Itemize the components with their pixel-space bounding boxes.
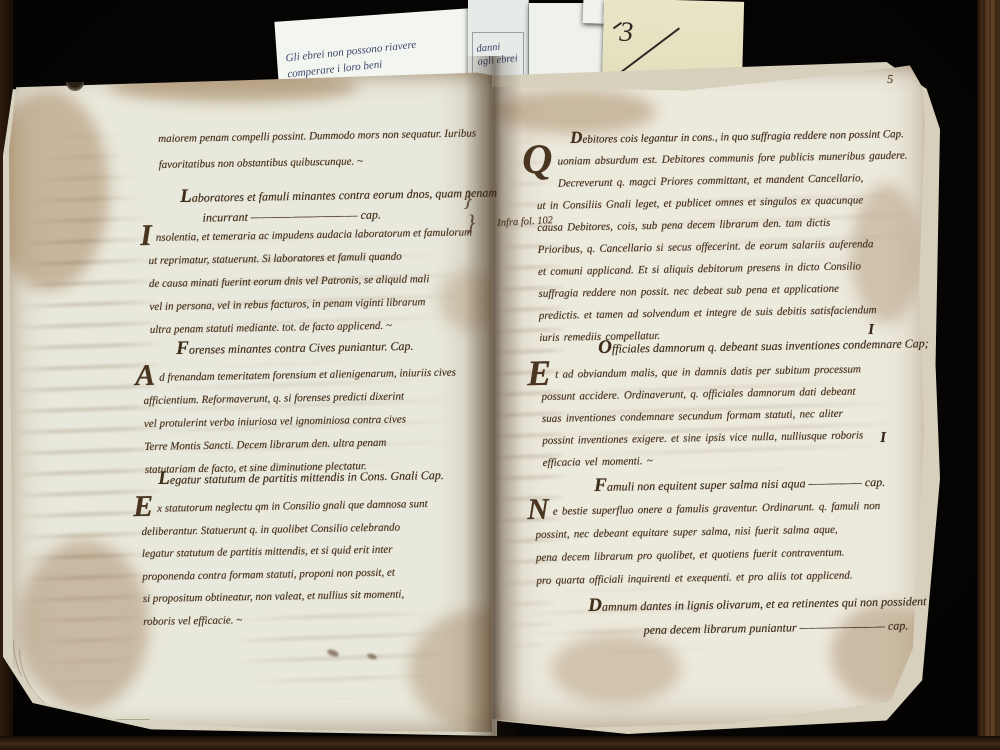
margin-ink-mark: I (880, 430, 886, 447)
card-note-text: danni agli ebrei (476, 39, 518, 68)
manuscript-line: roboris vel efficacie. ~ (143, 606, 414, 633)
paragraph: E x statutorum neglectu qm in Consilio g… (141, 493, 414, 633)
initial-letter: F (594, 475, 607, 496)
gutter-brace-mark: } (463, 186, 472, 212)
table-edge-right (977, 0, 1000, 750)
initial-letter: D (570, 128, 583, 147)
paragraph: maiorem penam compelli possint. Dummodo … (158, 120, 477, 178)
manuscript-line: si propositum obtineatur, non valeat, et… (143, 583, 414, 610)
heading-line: amnum dantes in lignis olivarum, et ea r… (602, 594, 927, 614)
initial-letter: D (588, 595, 602, 616)
folio-number: 5 (887, 72, 893, 87)
drop-cap: E (527, 361, 551, 385)
heading-line: orenses minantes contra Cives puniantur.… (189, 339, 414, 357)
table-edge-bottom (0, 736, 1000, 750)
ink-showthrough (19, 130, 159, 690)
manuscript-photo: Gli ebrei non possono riavere comperare … (0, 0, 1000, 750)
sheet-edge-line (19, 649, 150, 720)
initial-letter: L (158, 468, 170, 489)
heading-line: amuli non equitent super salma nisi aqua… (607, 475, 886, 494)
drop-cap: N (527, 498, 549, 522)
heading-line: aboratores et famuli minantes contra eor… (192, 185, 497, 204)
manuscript-line: favoritatibus non obstantibus quibuscunq… (158, 146, 476, 178)
drop-cap: A (135, 364, 155, 388)
drop-cap: Q (522, 145, 553, 176)
heading-line: ebitores cois legantur in cons., in quo … (582, 128, 904, 146)
initial-letter: O (598, 337, 612, 358)
paragraph: I nsolentia, et temeraria ac impudens au… (148, 221, 466, 342)
pencil-numeral: 3 (618, 17, 634, 48)
chapter-heading: Forenses minantes contra Cives puniantur… (176, 335, 414, 360)
initial-letter: F (176, 338, 189, 359)
heading-line: egatur statutum de partitis mittendis in… (170, 468, 444, 487)
paragraph: N e bestie superfluo onere a famulis gra… (535, 495, 864, 593)
gutter-brace-mark: } (466, 210, 475, 236)
heading-line: pena decem librarum puniantur ———————— c… (643, 613, 927, 642)
initial-letter: L (180, 186, 192, 207)
heading-line: fficiales damnorum q. debeant suas inven… (612, 336, 929, 356)
paragraph: Q uoniam absurdum est. Debitores communi… (536, 145, 890, 349)
drop-cap: I (140, 224, 152, 248)
chapter-heading: Damnum dantes in lignis olivarum, et ea … (588, 588, 927, 643)
drop-cap: E (133, 495, 153, 519)
margin-ink-mark: I (868, 322, 874, 339)
manuscript-line: maiorem penam compelli possint. Dummodo … (158, 120, 476, 152)
paragraph: E t ad obviandum malis, que in damnis da… (541, 358, 864, 474)
